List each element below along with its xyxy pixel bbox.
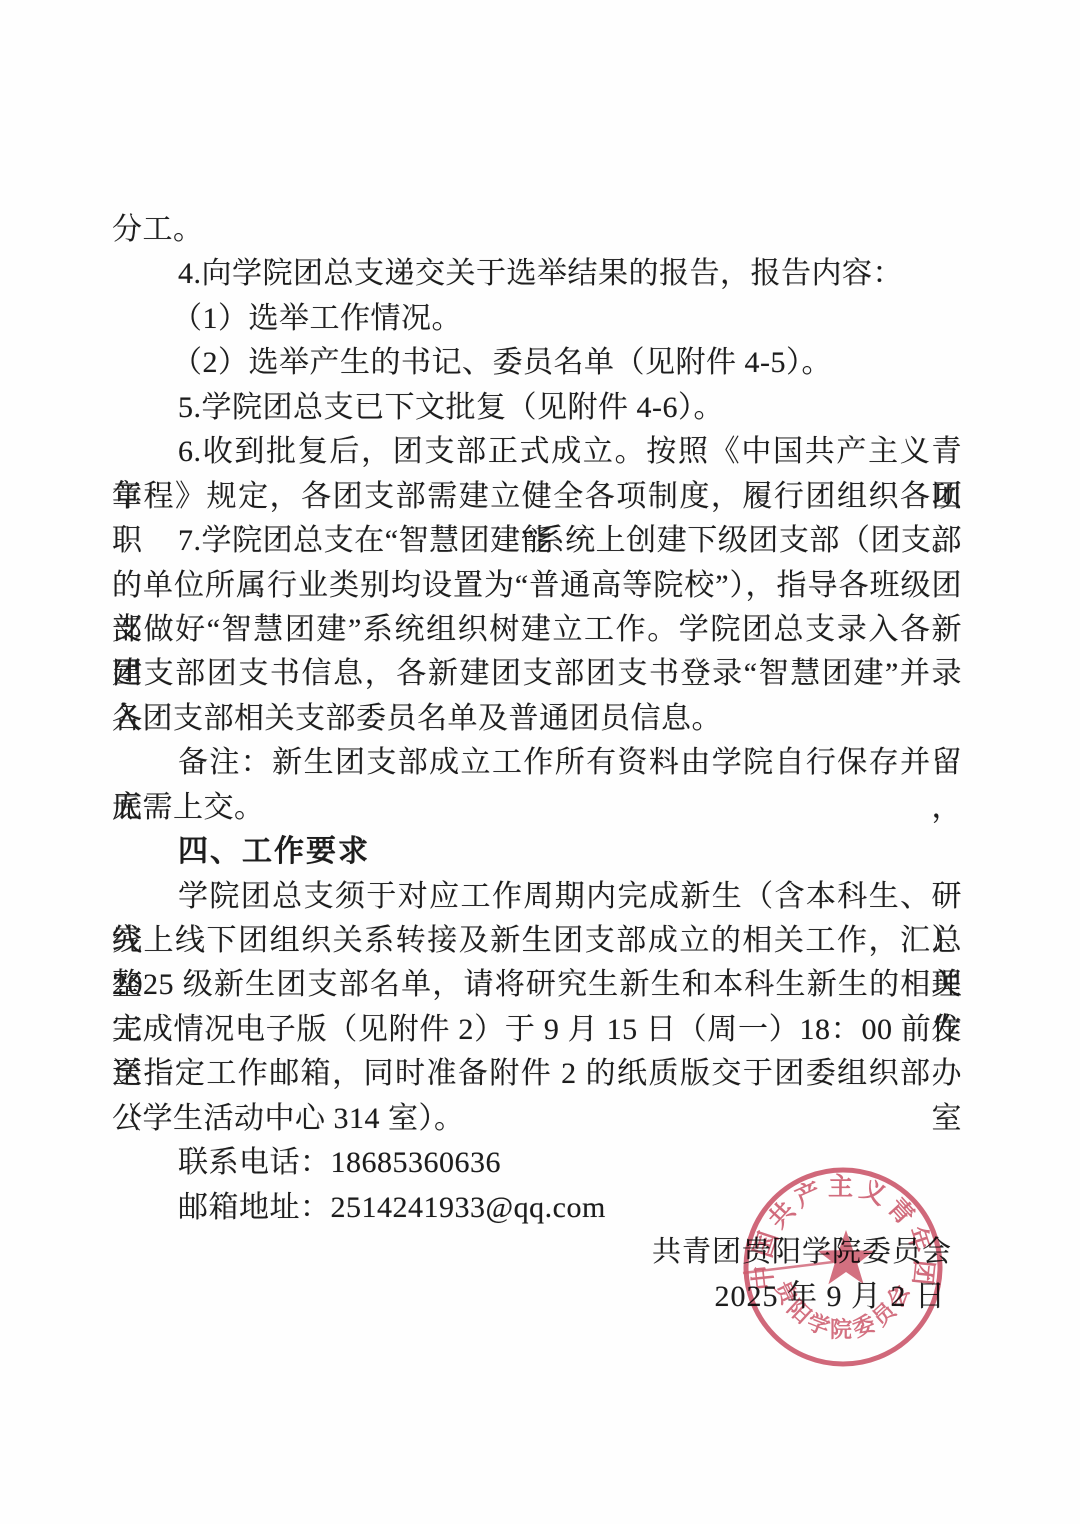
document-line: 分工。 bbox=[112, 208, 962, 252]
document-line: 的单位所属行业类别均设置为“普通高等院校”），指导各班级团支 bbox=[112, 564, 962, 608]
document-line: 学院团总支须于对应工作周期内完成新生（含本科生、研究生） bbox=[112, 875, 962, 919]
contact-email-line: 邮箱地址：2514241933@qq.com bbox=[112, 1186, 962, 1230]
document-line: 至指定工作邮箱，同时准备附件 2 的纸质版交于团委组织部办公室 bbox=[112, 1052, 962, 1096]
document-line: （2）选举产生的书记、委员名单（见附件 4-5）。 bbox=[112, 341, 962, 385]
document-line: （1）选举工作情况。 bbox=[112, 297, 962, 341]
document-line: 部做好“智慧团建”系统组织树建立工作。学院团总支录入各新建 bbox=[112, 608, 962, 652]
document-line: 4.向学院团总支递交关于选举结果的报告，报告内容： bbox=[112, 252, 962, 296]
document-line: 完成情况电子版（见附件 2）于 9 月 15 日（周一）18：00 前发送 bbox=[112, 1008, 962, 1052]
document-line: 线上线下团组织关系转接及新生团支部成立的相关工作，汇总整理 bbox=[112, 919, 962, 963]
document-line: 章程》规定，各团支部需建立健全各项制度，履行团组织各项职能。 bbox=[112, 475, 962, 519]
document-line: 2025 级新生团支部名单，请将研究生新生和本科生新生的相关工作 bbox=[112, 963, 962, 1007]
document-body: 分工。 4.向学院团总支递交关于选举结果的报告，报告内容： （1）选举工作情况。… bbox=[112, 208, 962, 1319]
document-line: 6.收到批复后，团支部正式成立。按照《中国共产主义青年团 bbox=[112, 430, 962, 474]
document-line: 团支部团支书信息，各新建团支部团支书登录“智慧团建”并录入 bbox=[112, 652, 962, 696]
signature-date: 2025 年 9 月 2 日 bbox=[112, 1275, 962, 1319]
contact-phone-line: 联系电话：18685360636 bbox=[112, 1141, 962, 1185]
document-line: 5.学院团总支已下文批复（见附件 4-6）。 bbox=[112, 386, 962, 430]
document-line: 备注：新生团支部成立工作所有资料由学院自行保存并留底， bbox=[112, 741, 962, 785]
scanned-document-page: 分工。 4.向学院团总支递交关于选举结果的报告，报告内容： （1）选举工作情况。… bbox=[0, 0, 1080, 1524]
document-line: 各团支部相关支部委员名单及普通团员信息。 bbox=[112, 697, 962, 741]
signature-org: 共青团贵阳学院委员会 bbox=[112, 1230, 962, 1274]
section-heading: 四、工作要求 bbox=[112, 830, 962, 874]
document-line: 7.学院团总支在“智慧团建”系统上创建下级团支部（团支部 bbox=[112, 519, 962, 563]
